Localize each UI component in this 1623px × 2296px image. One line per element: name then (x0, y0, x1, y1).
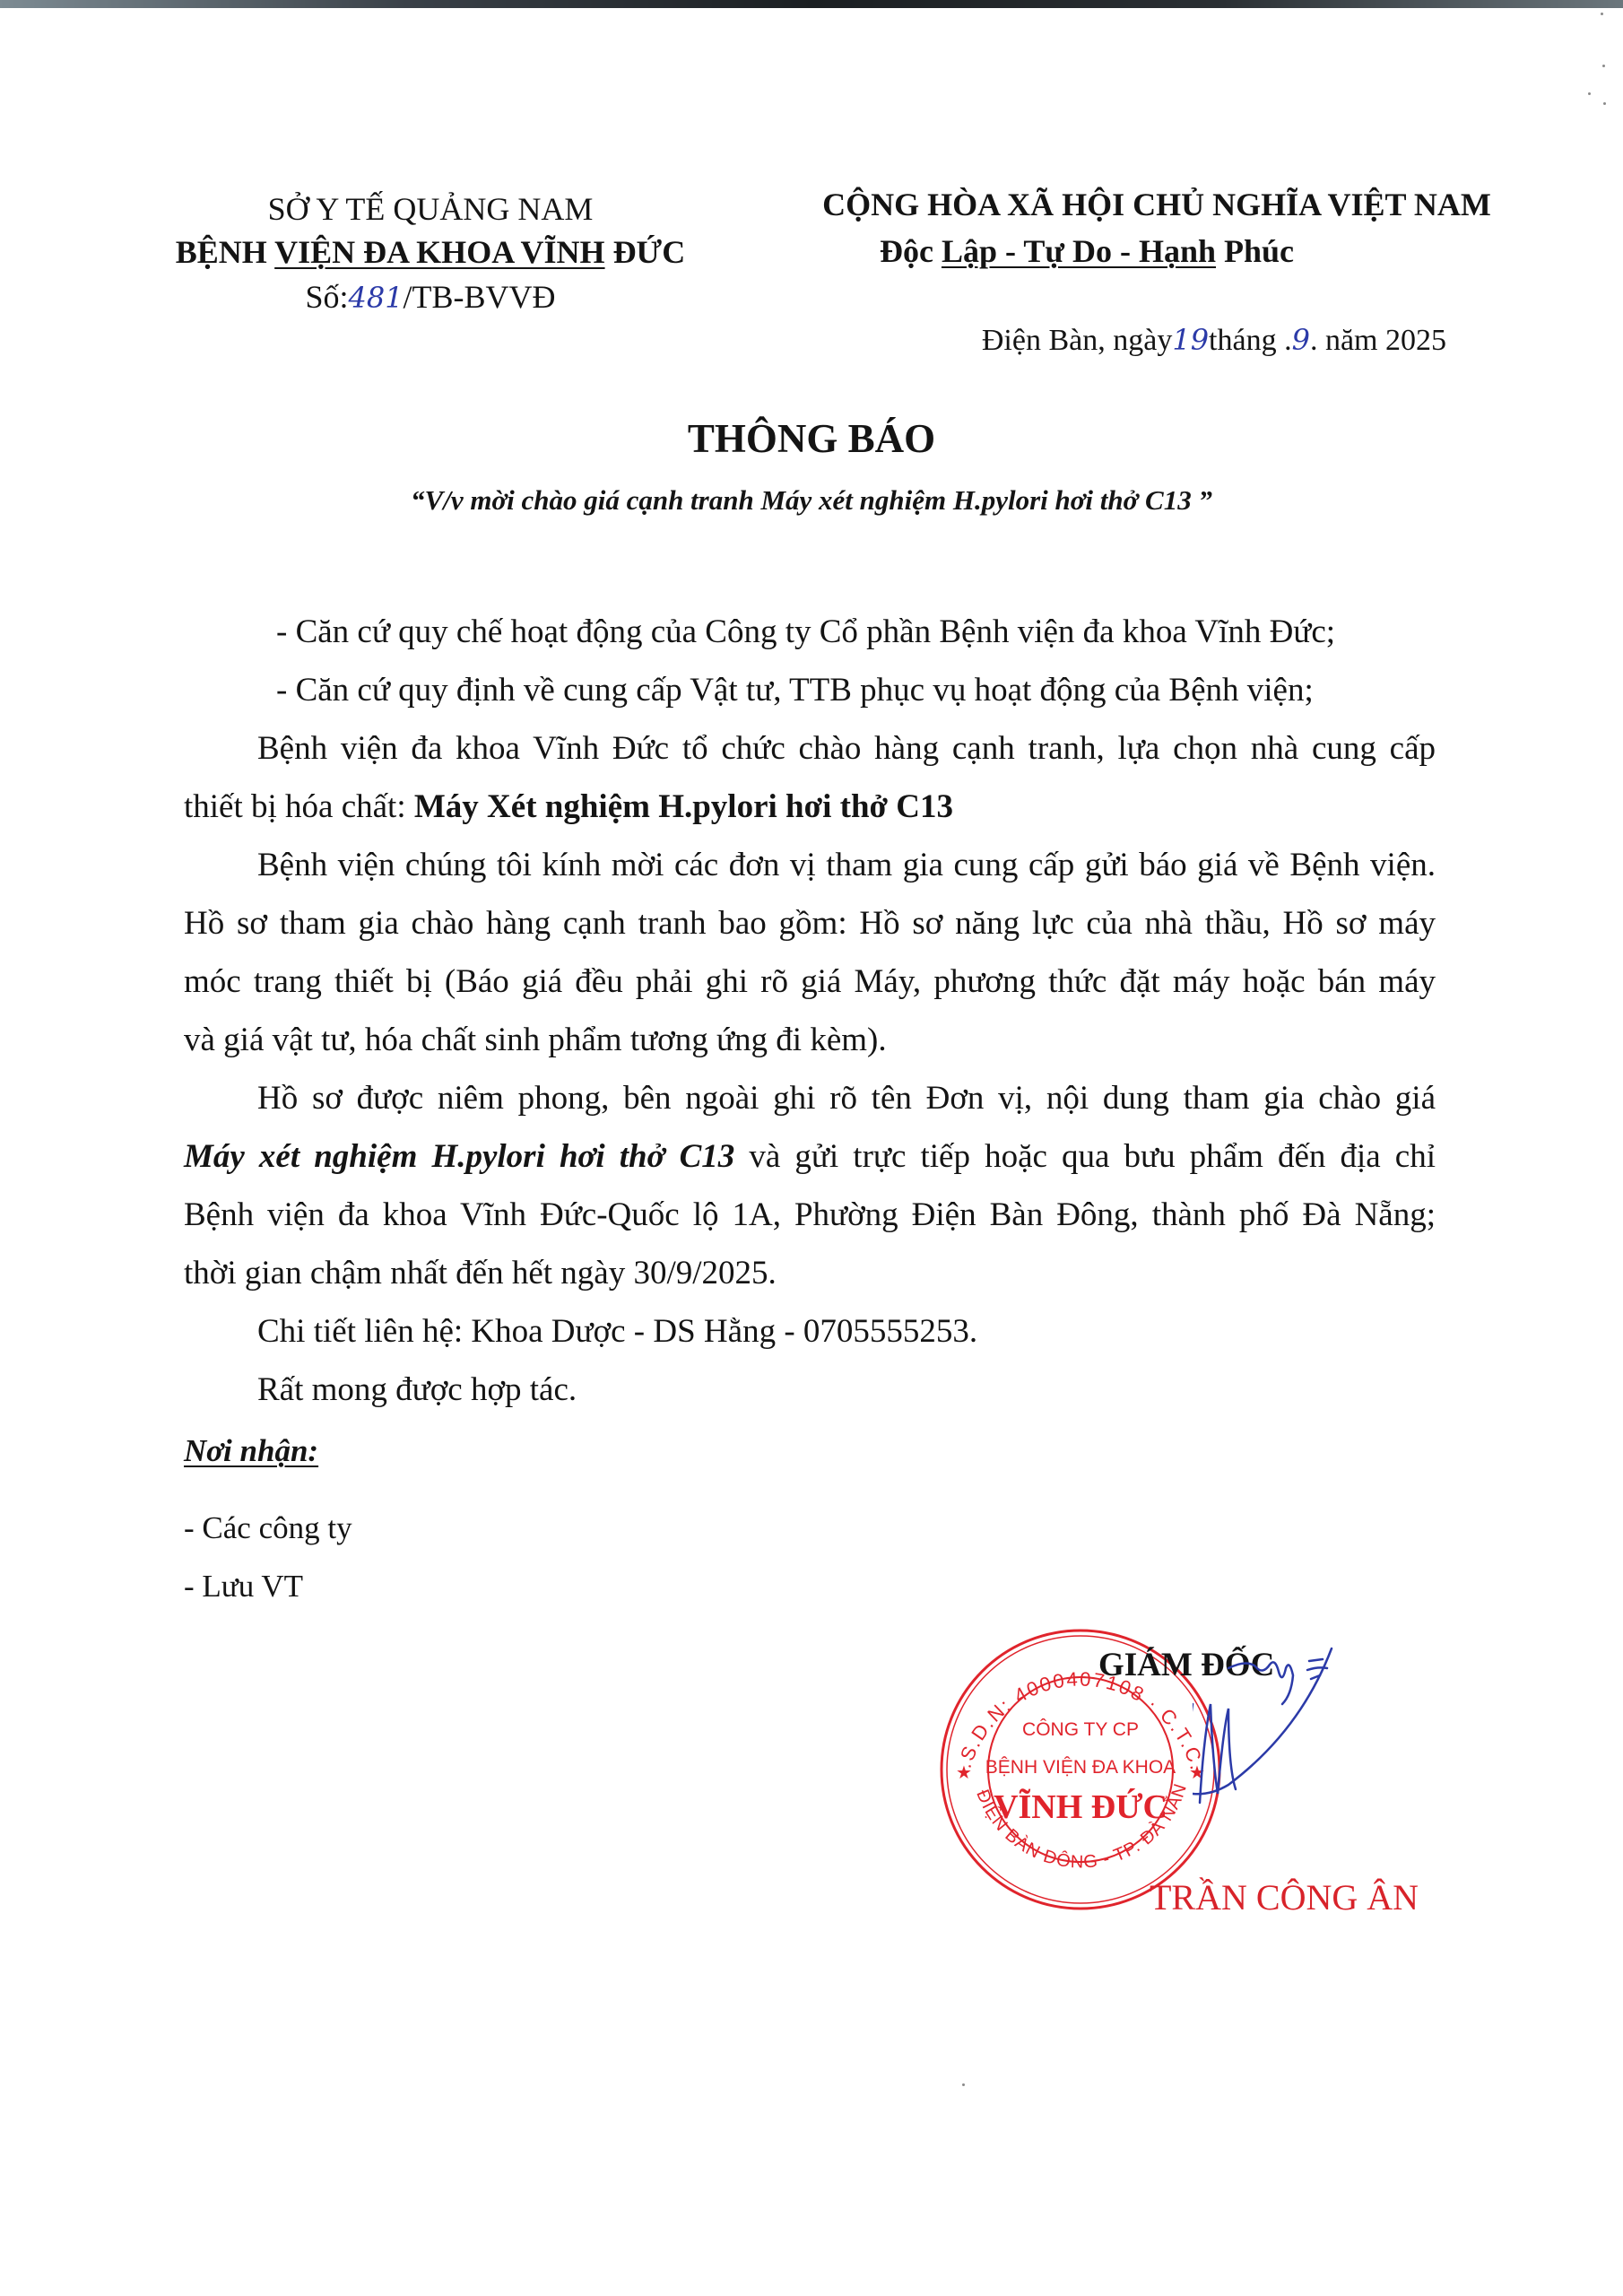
stamp-outer-top: M.S.D.N: 4000407108 · C.T.C.P (933, 1619, 1209, 1773)
recipient-item: - Các công ty (184, 1512, 352, 1544)
scan-edge (0, 0, 1623, 8)
hospital-name-underlined: VIỆN ĐA KHOA VĨNH (274, 234, 604, 270)
paragraph-line: Hồ sơ tham gia chào hàng cạnh tranh bao … (184, 907, 1436, 940)
hospital-name-suffix: ĐỨC (605, 234, 686, 270)
svg-text:★: ★ (956, 1761, 972, 1783)
paragraph-line: Bệnh viện đa khoa Vĩnh Đức tổ chức chào … (257, 732, 1436, 765)
date-year-label: . năm 2025 (1310, 324, 1446, 357)
motto-prefix: Độc (880, 233, 942, 269)
department-name: SỞ Y TẾ QUẢNG NAM (268, 193, 594, 225)
national-motto: Độc Lập - Tự Do - Hạnh Phúc (880, 235, 1294, 267)
contact-line: Chi tiết liên hệ: Khoa Dược - DS Hằng - … (257, 1315, 977, 1348)
scan-speck (962, 2083, 965, 2086)
signer-name: TRẦN CÔNG ÂN (1150, 1876, 1419, 1918)
issue-date: Điện Bàn, ngày19tháng .9. năm 2025 (982, 326, 1446, 356)
basis-line: - Căn cứ quy chế hoạt động của Công ty C… (276, 615, 1335, 648)
basis-line: - Căn cứ quy định về cung cấp Vật tư, TT… (276, 674, 1314, 707)
number-suffix: /TB-BVVĐ (404, 279, 556, 315)
scan-speck (1602, 65, 1605, 67)
paragraph-line: Bệnh viện đa khoa Vĩnh Đức-Quốc lộ 1A, P… (184, 1198, 1436, 1231)
country-name: CỘNG HÒA XÃ HỘI CHỦ NGHĨA VIỆT NAM (822, 188, 1491, 221)
closing-line: Rất mong được hợp tác. (257, 1373, 577, 1406)
scan-speck (1601, 13, 1603, 15)
scan-speck (1603, 102, 1606, 105)
paragraph-line: Bệnh viện chúng tôi kính mời các đơn vị … (257, 848, 1436, 882)
para1-prefix: thiết bị hóa chất: (184, 788, 414, 825)
date-month: 9 (1292, 323, 1310, 357)
document-subtitle: “V/v mời chào giá cạnh tranh Máy xét ngh… (411, 484, 1212, 517)
number-handwritten: 481 (348, 281, 403, 315)
paragraph-line: móc trang thiết bị (Báo giá đều phải ghi… (184, 965, 1436, 998)
recipients-label: Nơi nhận: (184, 1435, 318, 1466)
motto-suffix: Phúc (1216, 233, 1294, 269)
date-month-label: tháng . (1209, 324, 1292, 357)
paragraph-line: và giá vật tư, hóa chất sinh phẩm tương … (184, 1023, 887, 1057)
number-label: Số: (305, 279, 348, 315)
document-title: THÔNG BÁO (688, 415, 935, 462)
device-name-italic: Máy xét nghiệm H.pylori hơi thở C13 (184, 1138, 734, 1175)
motto-underlined: Lập - Tự Do - Hạnh (942, 233, 1216, 269)
paragraph-line: thời gian chậm nhất đến hết ngày 30/9/20… (184, 1257, 777, 1290)
svg-text:CÔNG TY CP: CÔNG TY CP (1022, 1719, 1139, 1740)
hospital-name: BỆNH VIỆN ĐA KHOA VĨNH ĐỨC (176, 236, 685, 268)
paragraph-line: Máy xét nghiệm H.pylori hơi thở C13 và g… (184, 1140, 1436, 1173)
recipient-item: - Lưu VT (184, 1570, 303, 1602)
scan-speck (1588, 92, 1591, 95)
paragraph-line: Hồ sơ được niêm phong, bên ngoài ghi rõ … (257, 1082, 1436, 1115)
paragraph-line: thiết bị hóa chất: Máy Xét nghiệm H.pylo… (184, 790, 953, 823)
device-name-bold: Máy Xét nghiệm H.pylori hơi thở C13 (414, 788, 953, 825)
svg-text:BỆNH VIỆN ĐA KHOA: BỆNH VIỆN ĐA KHOA (985, 1757, 1176, 1778)
handwritten-signature (1193, 1632, 1462, 1848)
date-place: Điện Bàn, ngày (982, 324, 1172, 357)
svg-text:VĨNH ĐỨC: VĨNH ĐỨC (994, 1788, 1167, 1826)
date-day: 19 (1172, 323, 1209, 357)
para3-rest: và gửi trực tiếp hoặc qua bưu phẩm đến đ… (734, 1138, 1436, 1175)
document-number: Số:481/TB-BVVĐ (305, 281, 555, 313)
hospital-name-prefix: BỆNH (176, 234, 274, 270)
